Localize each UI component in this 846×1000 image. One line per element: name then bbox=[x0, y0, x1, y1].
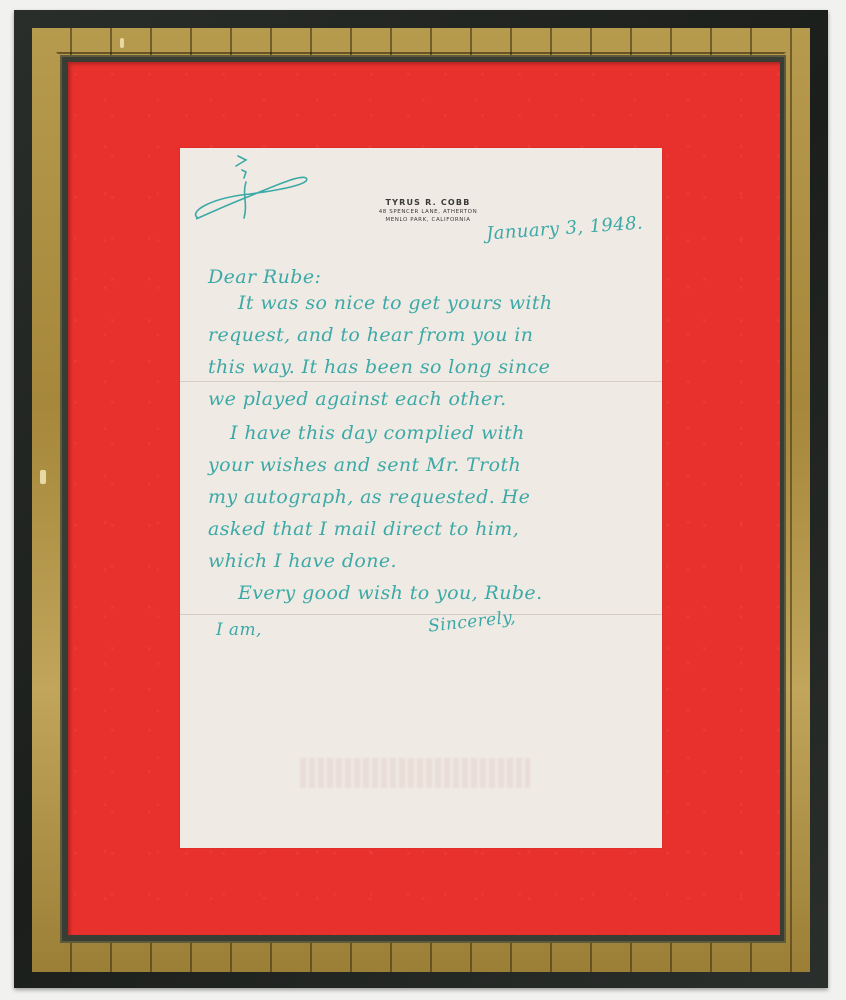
letterhead: TYRUS R. COBB 48 SPENCER LANE, ATHERTON … bbox=[368, 198, 488, 223]
letterhead-address: 48 SPENCER LANE, ATHERTON bbox=[368, 209, 488, 215]
letter-line: asked that I mail direct to him, bbox=[208, 518, 519, 540]
letter-line: we played against each other. bbox=[208, 388, 507, 410]
letterhead-city: MENLO PARK, CALIFORNIA bbox=[368, 217, 488, 223]
letter-line: request, and to hear from you in bbox=[208, 324, 533, 346]
letter-sheet: TYRUS R. COBB 48 SPENCER LANE, ATHERTON … bbox=[180, 148, 662, 848]
fold-line bbox=[180, 381, 662, 382]
frame-chip bbox=[120, 38, 124, 48]
fold-line bbox=[180, 614, 662, 615]
letterhead-name: TYRUS R. COBB bbox=[368, 198, 488, 207]
letter-line: It was so nice to get yours with bbox=[238, 292, 553, 314]
salutation: Dear Rube: bbox=[208, 266, 321, 288]
letter-line: which I have done. bbox=[208, 550, 397, 572]
signature-ty bbox=[180, 148, 320, 228]
frame-chip bbox=[40, 470, 46, 484]
letter-line: my autograph, as requested. He bbox=[208, 486, 530, 508]
closing-right: Sincerely, bbox=[427, 607, 517, 636]
letterhead-bleed-through bbox=[300, 758, 530, 788]
letter-line: this way. It has been so long since bbox=[208, 356, 550, 378]
letter-line: Every good wish to you, Rube. bbox=[238, 582, 543, 604]
letter-line: your wishes and sent Mr. Troth bbox=[208, 454, 521, 476]
letter-date: January 3, 1948. bbox=[485, 213, 643, 245]
closing-left: I am, bbox=[216, 620, 262, 640]
letter-line: I have this day complied with bbox=[230, 422, 525, 444]
